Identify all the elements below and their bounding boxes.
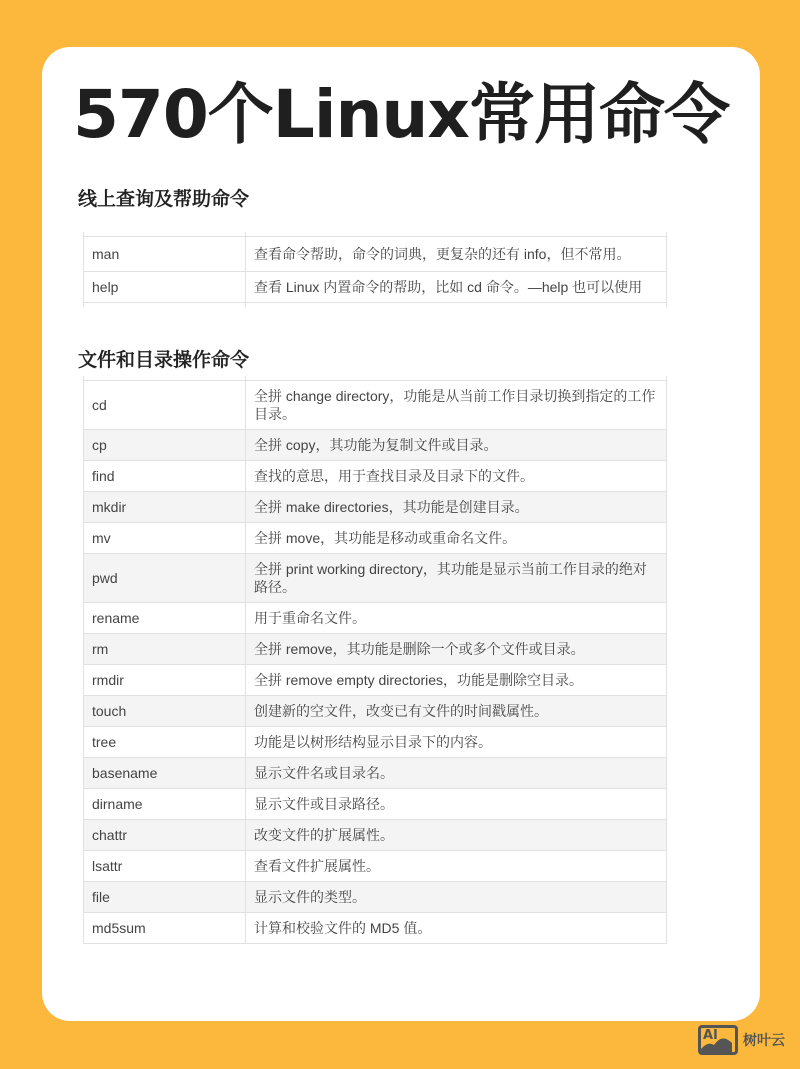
file-commands-table: cd全拼 change directory，功能是从当前工作目录切换到指定的工作… (83, 376, 667, 944)
command-cell: cd (84, 381, 246, 430)
command-cell: man (84, 237, 246, 272)
table-row: file显示文件的类型。 (84, 882, 667, 913)
table-row: rmdir全拼 remove empty directories，功能是删除空目… (84, 665, 667, 696)
command-cell: basename (84, 758, 246, 789)
description-cell: 全拼 copy，其功能为复制文件或目录。 (246, 430, 667, 461)
section-heading-help: 线上查询及帮助命令 (78, 184, 249, 211)
table-row: tree功能是以树形结构显示目录下的内容。 (84, 727, 667, 758)
table-row: pwd全拼 print working directory，其功能是显示当前工作… (84, 554, 667, 603)
description-cell: 全拼 change directory，功能是从当前工作目录切换到指定的工作目录… (246, 381, 667, 430)
table-spacer (84, 303, 667, 308)
help-commands-table: man 查看命令帮助，命令的词典，更复杂的还有 info，但不常用。 help … (83, 232, 667, 307)
description-cell: 显示文件或目录路径。 (246, 789, 667, 820)
table-row: help 查看 Linux 内置命令的帮助，比如 cd 命令。—help 也可以… (84, 272, 667, 303)
ai-image-logo-icon: AI (698, 1025, 738, 1055)
table-row: rm全拼 remove，其功能是删除一个或多个文件或目录。 (84, 634, 667, 665)
description-cell: 计算和校验文件的 MD5 值。 (246, 913, 667, 944)
table-row: touch创建新的空文件，改变已有文件的时间戳属性。 (84, 696, 667, 727)
table-row: rename用于重命名文件。 (84, 603, 667, 634)
command-cell: tree (84, 727, 246, 758)
command-cell: help (84, 272, 246, 303)
table-row: dirname显示文件或目录路径。 (84, 789, 667, 820)
description-cell: 显示文件名或目录名。 (246, 758, 667, 789)
command-cell: rename (84, 603, 246, 634)
table-row: basename显示文件名或目录名。 (84, 758, 667, 789)
watermark: AI 树叶云 (698, 1025, 785, 1055)
command-cell: rm (84, 634, 246, 665)
description-cell: 改变文件的扩展属性。 (246, 820, 667, 851)
description-cell: 全拼 print working directory，其功能是显示当前工作目录的… (246, 554, 667, 603)
page-title: 570个Linux常用命令 (42, 67, 760, 163)
command-cell: chattr (84, 820, 246, 851)
section-heading-file-ops: 文件和目录操作命令 (78, 345, 249, 372)
command-cell: rmdir (84, 665, 246, 696)
description-cell: 功能是以树形结构显示目录下的内容。 (246, 727, 667, 758)
command-cell: file (84, 882, 246, 913)
command-cell: mv (84, 523, 246, 554)
table-row: find查找的意思，用于查找目录及目录下的文件。 (84, 461, 667, 492)
command-cell: pwd (84, 554, 246, 603)
command-cell: cp (84, 430, 246, 461)
table-row: mkdir全拼 make directories，其功能是创建目录。 (84, 492, 667, 523)
description-cell: 查看命令帮助，命令的词典，更复杂的还有 info，但不常用。 (246, 237, 667, 272)
description-cell: 用于重命名文件。 (246, 603, 667, 634)
table-row: mv全拼 move，其功能是移动或重命名文件。 (84, 523, 667, 554)
table-row: man 查看命令帮助，命令的词典，更复杂的还有 info，但不常用。 (84, 237, 667, 272)
command-cell: lsattr (84, 851, 246, 882)
table-row: cd全拼 change directory，功能是从当前工作目录切换到指定的工作… (84, 381, 667, 430)
description-cell: 查看 Linux 内置命令的帮助，比如 cd 命令。—help 也可以使用 (246, 272, 667, 303)
description-cell: 创建新的空文件，改变已有文件的时间戳属性。 (246, 696, 667, 727)
description-cell: 全拼 move，其功能是移动或重命名文件。 (246, 523, 667, 554)
description-cell: 查看文件扩展属性。 (246, 851, 667, 882)
content-card: 570个Linux常用命令 线上查询及帮助命令 man 查看命令帮助，命令的词典… (42, 47, 760, 1021)
table-row: lsattr查看文件扩展属性。 (84, 851, 667, 882)
command-cell: mkdir (84, 492, 246, 523)
table-row: chattr改变文件的扩展属性。 (84, 820, 667, 851)
description-cell: 全拼 remove，其功能是删除一个或多个文件或目录。 (246, 634, 667, 665)
watermark-label: 树叶云 (743, 1030, 785, 1050)
description-cell: 显示文件的类型。 (246, 882, 667, 913)
command-cell: touch (84, 696, 246, 727)
command-cell: md5sum (84, 913, 246, 944)
command-cell: dirname (84, 789, 246, 820)
description-cell: 查找的意思，用于查找目录及目录下的文件。 (246, 461, 667, 492)
description-cell: 全拼 remove empty directories，功能是删除空目录。 (246, 665, 667, 696)
table-row: cp全拼 copy，其功能为复制文件或目录。 (84, 430, 667, 461)
table-row: md5sum计算和校验文件的 MD5 值。 (84, 913, 667, 944)
command-cell: find (84, 461, 246, 492)
description-cell: 全拼 make directories，其功能是创建目录。 (246, 492, 667, 523)
